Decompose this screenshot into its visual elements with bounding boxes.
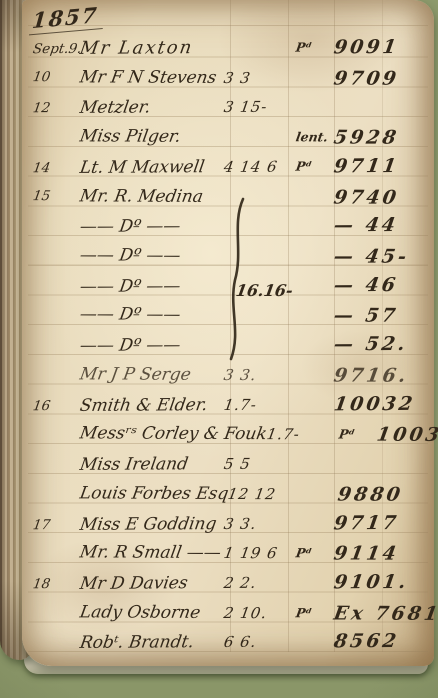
entry-ledger-number: 9711 — [332, 154, 431, 177]
entry-ledger-number: — 52. — [332, 333, 431, 356]
entry-name: Lady Osborne — [73, 602, 225, 623]
entry-name: Mr J P Serge — [73, 364, 225, 385]
entry-name: —— Dº —— — [73, 245, 225, 266]
entry-amount: 5 5 — [223, 455, 298, 473]
ledger-row: Mr J P Serge 3 3. 9716. — [28, 359, 430, 390]
entry-amount: 3 3. — [223, 514, 298, 532]
entry-name: Miss E Godding — [73, 513, 225, 534]
ledger-row: Mr. R Small —— 1 19 6 Pᵈ 9114 — [28, 537, 430, 568]
ledger-row: Robᵗ. Brandt. 6 6. 8562 — [28, 626, 430, 658]
entry-date: 12 — [27, 100, 76, 116]
entry-amount: 12 12 — [227, 485, 302, 503]
entry-ledger-number: 10032 — [332, 392, 431, 415]
entry-name: Miss Pilger. — [73, 126, 225, 147]
entry-ledger-number: Ex 7681 — [332, 602, 432, 624]
ledger-row: Sept.9. Mr Laxton Pᵈ 9091 — [28, 32, 430, 64]
entry-name: Robᵗ. Brandt. — [73, 632, 225, 653]
ledger-row: Lady Osborne 2 10. Pᵈ Ex 7681 — [28, 597, 430, 628]
ledger-row: 17 Miss E Godding 3 3. 9717 — [28, 507, 430, 539]
entry-ledger-number: 9717 — [332, 511, 431, 534]
entry-date: 10 — [27, 69, 77, 85]
entry-name: —— Dº —— — [73, 216, 225, 237]
entry-ledger-number: 8562 — [332, 630, 431, 653]
entry-ledger-number: 5928 — [332, 126, 432, 148]
entry-ledger-number — [334, 106, 430, 107]
entry-ledger-number: 9091 — [332, 36, 431, 59]
entry-name: —— Dº —— — [73, 276, 225, 297]
ledger-row: Miss Pilger. lent. 5928 — [28, 121, 430, 152]
entry-paid-note: Pᵈ — [337, 427, 377, 442]
entry-name: Messʳˢ Corley & Fouk — [73, 424, 268, 445]
ledger-row: Louis Forbes Esq 12 12 9880 — [28, 478, 430, 509]
entry-ledger-number: 9880 — [337, 483, 437, 505]
entry-ledger-number: 9709 — [332, 67, 432, 89]
entry-name: Mr F N Stevens — [73, 67, 225, 88]
entry-amount: 6 6. — [223, 633, 298, 651]
entry-name: Smith & Elder. — [73, 395, 225, 416]
entry-name: Mr. R. Medina — [73, 186, 225, 207]
entry-date: 14 — [27, 160, 76, 176]
entry-amount: 3 3. — [223, 366, 298, 384]
entry-amount: 3 3 — [223, 69, 298, 87]
entry-paid-note: lent. — [295, 130, 335, 145]
entry-amount: 2 10. — [223, 604, 298, 622]
entry-amount: 3 15- — [223, 98, 298, 116]
entry-amount: 4 14 6 — [223, 157, 298, 175]
entry-paid-note: Pᵈ — [295, 159, 335, 174]
ledger-row: 12 Metzler. 3 15- — [28, 91, 430, 123]
scanned-ledger-photo: 1857 Sept.9. Mr Laxton Pᵈ 9091 10 Mr F N… — [0, 0, 438, 698]
entry-name: —— Dº —— — [73, 335, 225, 356]
entry-name: Mr. R Small —— — [73, 542, 225, 563]
brace-total-amount: 16.16- — [234, 281, 294, 300]
entry-amount: 2 2. — [223, 573, 298, 591]
entry-ledger-number — [334, 463, 430, 464]
entry-date: 16 — [27, 397, 76, 413]
entry-ledger-number: — 57 — [332, 305, 432, 327]
entry-date: 17 — [27, 516, 76, 532]
entry-amount: 1.7- — [223, 395, 298, 413]
entry-ledger-number: — 46 — [332, 273, 431, 296]
entry-ledger-number: 9114 — [332, 543, 432, 565]
entry-ledger-number: 9101. — [332, 571, 431, 594]
entry-paid-note: Pᵈ — [295, 546, 335, 561]
entry-ledger-number: 10031 — [375, 424, 438, 446]
entry-ledger-number: — 44 — [332, 214, 431, 237]
ledger-page: 1857 Sept.9. Mr Laxton Pᵈ 9091 10 Mr F N… — [22, 0, 434, 666]
ledger-row: 14 Lt. M Maxwell 4 14 6 Pᵈ 9711 — [28, 151, 430, 183]
ledger-row: 16 Smith & Elder. 1.7- 10032 — [28, 388, 430, 420]
entry-name: Mr D Davies — [73, 573, 225, 594]
entry-date: 15 — [27, 188, 77, 204]
ledger-row: Messʳˢ Corley & Fouk 1.7- Pᵈ 10031 — [28, 418, 430, 449]
entry-paid-note: Pᵈ — [295, 40, 335, 55]
entry-name: Louis Forbes Esq — [73, 483, 230, 504]
entry-ledger-number: 9740 — [332, 186, 432, 208]
entry-ledger-number: — 45- — [332, 245, 432, 267]
grouping-brace-icon — [224, 196, 252, 362]
entry-date: Sept.9. — [27, 41, 76, 57]
entry-name: Lt. M Maxwell — [73, 157, 225, 178]
ledger-row: 10 Mr F N Stevens 3 3 9709 — [28, 62, 430, 93]
entry-paid-note: Pᵈ — [295, 605, 335, 620]
entry-ledger-number: 9716. — [332, 364, 432, 386]
entry-amount: 1.7- — [265, 425, 340, 443]
entry-name: Mr Laxton — [73, 37, 225, 59]
ledger-row: 18 Mr D Davies 2 2. 9101. — [28, 567, 430, 599]
entry-name: Miss Ireland — [73, 454, 225, 475]
ledger-row: Miss Ireland 5 5 — [28, 448, 430, 480]
entry-name: —— Dº —— — [73, 305, 225, 326]
entry-amount: 1 19 6 — [223, 544, 298, 562]
entry-date: 18 — [27, 576, 76, 592]
entry-name: Metzler. — [73, 97, 225, 118]
